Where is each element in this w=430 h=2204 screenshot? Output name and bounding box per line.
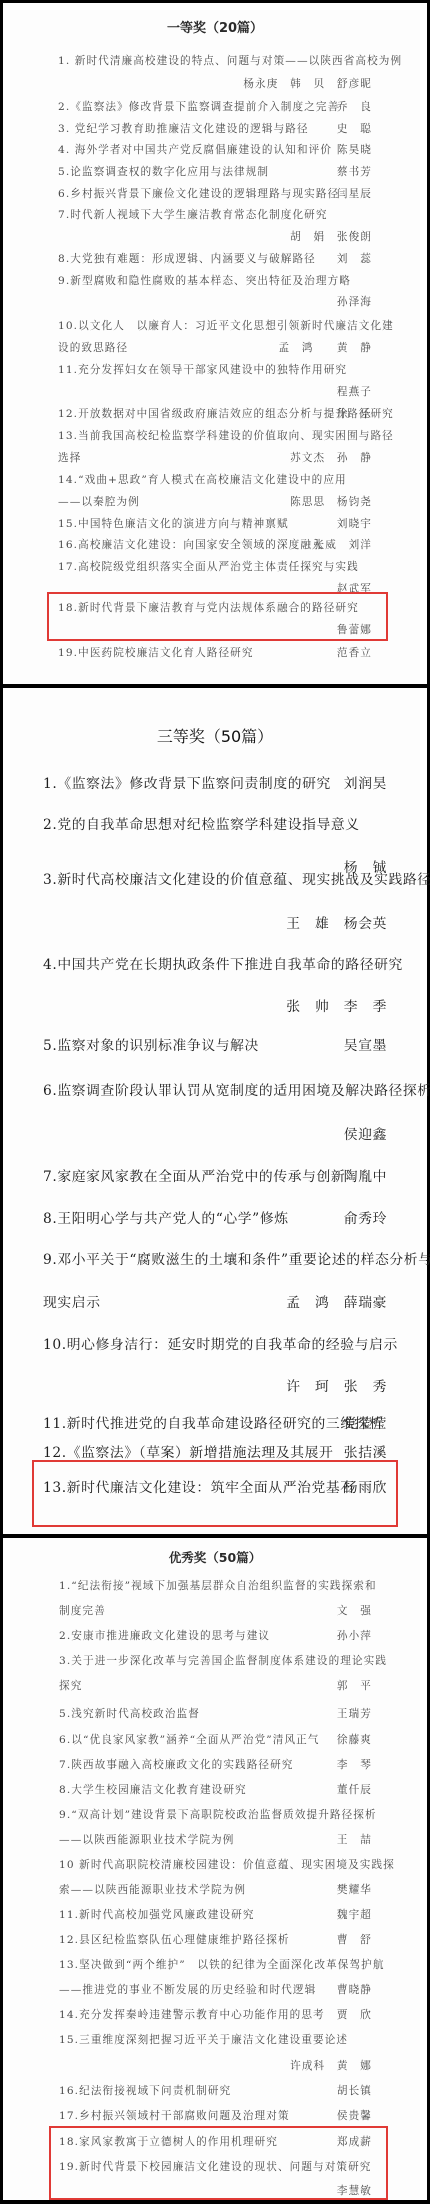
excellence-prize-item-3-title-line2: 探究 xyxy=(59,1678,82,1693)
first-prize-item-8-authors: 刘 蕊 xyxy=(337,251,372,266)
excellence-prize-item-8-title: 8.大学生校园廉洁文化教育建设研究 xyxy=(59,1782,247,1797)
first-prize-item-16-authors: 张威 刘洋 xyxy=(314,537,372,552)
third-prize-item-11-title: 11.新时代推进党的自我革命建设路径研究的三维探析 xyxy=(43,1412,383,1432)
excellence-prize-title: 优秀奖（50篇） xyxy=(3,1548,427,1566)
first-prize-item-14-title-line2: ——以秦腔为例 xyxy=(58,494,140,509)
third-prize-item-13-title: 13.新时代廉洁文化建设：筑牢全面从严治党基石 xyxy=(43,1476,355,1496)
first-prize-item-13-title-line1: 13.当前我国高校纪检监察学科建设的价值取向、现实困囿与路径 xyxy=(58,428,394,443)
first-prize-item-6-authors: 闫星辰 xyxy=(337,186,372,201)
third-prize-item-3-authors: 王 雄 杨会英 xyxy=(286,912,387,932)
excellence-prize-item-12-title: 12.县区纪检监察队伍心理健康维护路径探析 xyxy=(59,1932,290,1947)
third-prize-item-9-title-line2: 现实启示 xyxy=(43,1291,101,1311)
third-prize-item-13-authors: 杨雨欣 xyxy=(344,1476,387,1496)
third-prize-item-1-title: 1.《监察法》修改背景下监察问责制度的研究 xyxy=(43,772,331,792)
first-prize-item-7-authors: 胡 娟 张俊朗 xyxy=(290,229,372,244)
first-prize-title: 一等奖（20篇） xyxy=(3,17,427,36)
excellence-prize-item-19-title: 19.新时代背景下校园廉洁文化建设的现状、问题与对策研究 xyxy=(59,2159,372,2174)
third-prize-item-1-authors: 刘润昊 xyxy=(344,772,387,792)
third-prize-item-8-title: 8.王阳明心学与共产党人的“心学”修炼 xyxy=(43,1207,289,1227)
excellence-prize-item-6-title: 6.以“优良家风家教”涵养“全面从严治党”清风正气 xyxy=(59,1732,320,1747)
third-prize-item-9-authors: 孟 鸿 薛瑞豪 xyxy=(286,1291,387,1311)
first-prize-item-6-title: 6.乡村振兴背景下廉俭文化建设的逻辑理路与现实路径 xyxy=(58,186,339,201)
first-prize-item-16-title: 16.高校廉洁文化建设：向国家安全领域的深度融入 xyxy=(58,537,324,552)
excellence-prize-item-10-title-line1: 10 新时代高职院校清廉校园建设：价值意蕴、现实困境及实践探 xyxy=(59,1857,395,1872)
first-prize-item-2-title: 2.《监察法》修改背景下监察调查提前介入制度之完善 xyxy=(58,99,339,114)
excellence-prize-item-2-title: 2.安康市推进廉政文化建设的思考与建议 xyxy=(59,1628,270,1643)
third-prize-item-10-authors: 许 珂 张 秀 xyxy=(286,1375,387,1395)
third-prize-item-12-authors: 张拮溪 xyxy=(344,1441,387,1461)
excellence-prize-item-8-authors: 董仟辰 xyxy=(337,1782,372,1797)
first-prize-item-13-title-line2: 选择 xyxy=(58,450,81,465)
third-prize-item-5-authors: 吴宣墨 xyxy=(344,1034,387,1054)
first-prize-item-9-title: 9.新型腐败和隐性腐败的基本样态、突出特征及治理方略 xyxy=(58,273,351,288)
excellence-prize-item-3-title-line1: 3.关于进一步深化改革与完善国企监督制度体系建设的理论实践 xyxy=(59,1653,387,1668)
excellence-prize-item-3-authors: 郭 平 xyxy=(337,1678,372,1693)
excellence-prize-item-5-authors: 王瑞芳 xyxy=(337,1706,372,1721)
excellence-prize-item-19-authors: 李慧敏 xyxy=(337,2183,372,2198)
first-prize-item-11-authors: 程燕子 xyxy=(337,384,372,399)
first-prize-item-19-authors: 范香立 xyxy=(337,645,372,660)
third-prize-item-12-title: 12.《监察法》（草案）新增措施法理及其展开 xyxy=(43,1441,333,1461)
first-prize-item-3-title: 3. 党纪学习教育助推廉洁文化建设的逻辑与路径 xyxy=(58,121,309,136)
excellence-prize-item-15-title: 15.三重维度深刻把握习近平关于廉洁文化建设重要论述 xyxy=(59,2032,348,2047)
excellence-prize-item-9-title-line2: ——以陕西能源职业技术学院为例 xyxy=(59,1832,234,1847)
third-prize-panel: 三等奖（50篇） 1.《监察法》修改背景下监察问责制度的研究 刘润昊 2.党的自… xyxy=(3,688,427,1534)
excellence-prize-item-17-title: 17.乡村振兴领域村干部腐败问题及治理对策 xyxy=(59,2108,290,2123)
excellence-prize-item-13-title-line2: ——推进党的事业不断发展的历史经验和时代逻辑 xyxy=(59,1982,316,1997)
first-prize-item-15-authors: 刘晓宇 xyxy=(337,516,372,531)
first-prize-item-17-authors: 赵武军 xyxy=(337,581,372,596)
excellence-prize-item-5-title: 5.浅究新时代高校政治监督 xyxy=(59,1706,200,1721)
excellence-prize-item-1-title-line2: 制度完善 xyxy=(59,1603,106,1618)
excellence-prize-item-11-title: 11.新时代高校加强党风廉政建设研究 xyxy=(59,1907,255,1922)
excellence-prize-item-1-authors: 文 强 xyxy=(337,1603,372,1618)
excellence-prize-panel: 优秀奖（50篇） 1.“纪法衔接”视域下加强基层群众自治组织监督的实践探索和 制… xyxy=(3,1538,427,2200)
excellence-prize-item-10-title-line2: 索——以陕西能源职业技术学院为例 xyxy=(59,1882,246,1897)
third-prize-item-11-authors: 党莹莹 xyxy=(344,1412,387,1432)
excellence-prize-item-13-title-line1: 13.坚决做到“两个维护” 以铁的纪律为全面深化改革保驾护航 xyxy=(59,1957,385,1972)
first-prize-item-18-authors: 鲁蕾娜 xyxy=(337,622,372,637)
first-prize-item-9-authors: 孙泽海 xyxy=(337,294,372,309)
first-prize-item-7-title: 7.时代新人视域下大学生廉洁教育常态化制度化研究 xyxy=(58,207,328,222)
excellence-prize-item-13-authors: 曹晓静 xyxy=(337,1982,372,1997)
first-prize-item-8-title: 8.大党独有难题：形成逻辑、内涵要义与破解路径 xyxy=(58,251,316,266)
excellence-prize-item-9-title-line1: 9.“双高计划”建设背景下高职院校政治监督质效提升路径探析 xyxy=(59,1807,377,1822)
excellence-prize-item-2-authors: 孙小萍 xyxy=(337,1628,372,1643)
third-prize-item-4-title: 4.中国共产党在长期执政条件下推进自我革命的路径研究 xyxy=(43,953,403,973)
first-prize-item-1-authors: 杨永庚 韩 贝 舒彦昵 xyxy=(243,76,372,91)
first-prize-item-14-title-line1: 14.“戏曲+思政”育人模式在高校廉洁文化建设中的应用 xyxy=(58,472,347,487)
first-prize-item-17-title: 17.高校院级党组织落实全面从严治党主体责任探究与实践 xyxy=(58,559,359,574)
first-prize-item-11-title: 11.充分发挥妇女在领导干部家风建设中的独特作用研究 xyxy=(58,362,347,377)
first-prize-item-10-title-line1: 10.以文化人 以廉育人：习近平文化思想引领新时代廉洁文化建 xyxy=(58,318,394,333)
excellence-prize-item-18-authors: 郑成薪 xyxy=(337,2134,372,2149)
excellence-prize-item-6-authors: 徐藤爽 xyxy=(337,1732,372,1747)
excellence-prize-item-18-title: 18.家风家教寓于立德树人的作用机理研究 xyxy=(59,2134,278,2149)
third-prize-item-6-authors: 侯迎鑫 xyxy=(344,1123,387,1143)
excellence-prize-item-15-authors: 许成科 黄 娜 xyxy=(290,2058,372,2073)
first-prize-item-5-title: 5.论监察调查权的数字化应用与法律规制 xyxy=(58,164,269,179)
first-prize-item-19-title: 19.中医药院校廉洁文化育人路径研究 xyxy=(58,645,254,660)
first-prize-item-1-title: 1. 新时代清廉高校建设的特点、问题与对策——以陕西省高校为例 xyxy=(58,53,402,68)
first-prize-item-2-authors: 乔 良 xyxy=(337,99,372,114)
first-prize-item-5-authors: 蔡书芳 xyxy=(337,164,372,179)
excellence-prize-item-11-authors: 魏宇超 xyxy=(337,1907,372,1922)
third-prize-item-6-title: 6.监察调查阶段认罪认罚从宽制度的适用困境及解决路径探析 xyxy=(43,1079,430,1099)
third-prize-item-9-title-line1: 9.邓小平关于“腐败滋生的土壤和条件”重要论述的样态分析与 xyxy=(43,1248,430,1268)
first-prize-item-12-authors: 徐 乐 xyxy=(337,406,372,421)
third-prize-item-5-title: 5.监察对象的识别标准争议与解决 xyxy=(43,1034,259,1054)
excellence-prize-item-14-title: 14.充分发挥秦岭违建警示教育中心功能作用的思考 xyxy=(59,2007,325,2022)
excellence-prize-item-9-authors: 王 喆 xyxy=(337,1832,372,1847)
excellence-prize-item-16-title: 16.纪法衔接视域下问责机制研究 xyxy=(59,2083,231,2098)
first-prize-item-10-authors: 孟 鸿 黄 静 xyxy=(278,340,372,355)
first-prize-item-13-authors: 苏文杰 孙 静 xyxy=(290,450,372,465)
first-prize-item-4-authors: 陈昊晓 xyxy=(337,142,372,157)
third-prize-item-7-authors: 陶胤中 xyxy=(344,1165,387,1185)
excellence-prize-item-14-authors: 贾 欣 xyxy=(337,2007,372,2022)
first-prize-panel: 一等奖（20篇） 1. 新时代清廉高校建设的特点、问题与对策——以陕西省高校为例… xyxy=(3,3,427,684)
third-prize-item-10-title: 10.明心修身洁行：延安时期党的自我革命的经验与启示 xyxy=(43,1333,398,1353)
third-prize-item-7-title: 7.家庭家风家教在全面从严治党中的传承与创新 xyxy=(43,1165,345,1185)
excellence-prize-item-7-title: 7.陕西故事融入高校廉政文化的实践路径研究 xyxy=(59,1757,294,1772)
third-prize-item-3-title: 3.新时代高校廉洁文化建设的价值意蕴、现实挑战及实践路径 xyxy=(43,868,430,888)
excellence-prize-item-12-authors: 曹 舒 xyxy=(337,1932,372,1947)
excellence-prize-item-17-authors: 侯贵馨 xyxy=(337,2108,372,2123)
third-prize-item-8-authors: 俞秀玲 xyxy=(344,1207,387,1227)
excellence-prize-item-1-title-line1: 1.“纪法衔接”视域下加强基层群众自治组织监督的实践探索和 xyxy=(59,1578,377,1593)
first-prize-item-4-title: 4. 海外学者对中国共产党反腐倡廉建设的认知和评价 xyxy=(58,142,332,157)
third-prize-item-2-title: 2.党的自我革命思想对纪检监察学科建设指导意义 xyxy=(43,813,360,833)
first-prize-item-15-title: 15.中国特色廉洁文化的演进方向与精神禀赋 xyxy=(58,516,289,531)
first-prize-item-14-authors: 陈思思 杨钧尧 xyxy=(290,494,372,509)
first-prize-item-10-title-line2: 设的致思路径 xyxy=(58,340,128,355)
third-prize-title: 三等奖（50篇） xyxy=(3,724,427,747)
third-prize-item-4-authors: 张 帅 李 季 xyxy=(286,995,387,1015)
excellence-prize-item-7-authors: 李 琴 xyxy=(337,1757,372,1772)
first-prize-item-3-authors: 史 聪 xyxy=(337,121,372,136)
excellence-prize-item-16-authors: 胡长镇 xyxy=(337,2083,372,2098)
first-prize-item-18-title: 18.新时代背景下廉洁教育与党内法规体系融合的路径研究 xyxy=(58,600,359,615)
excellence-prize-item-10-authors: 樊耀华 xyxy=(337,1882,372,1897)
